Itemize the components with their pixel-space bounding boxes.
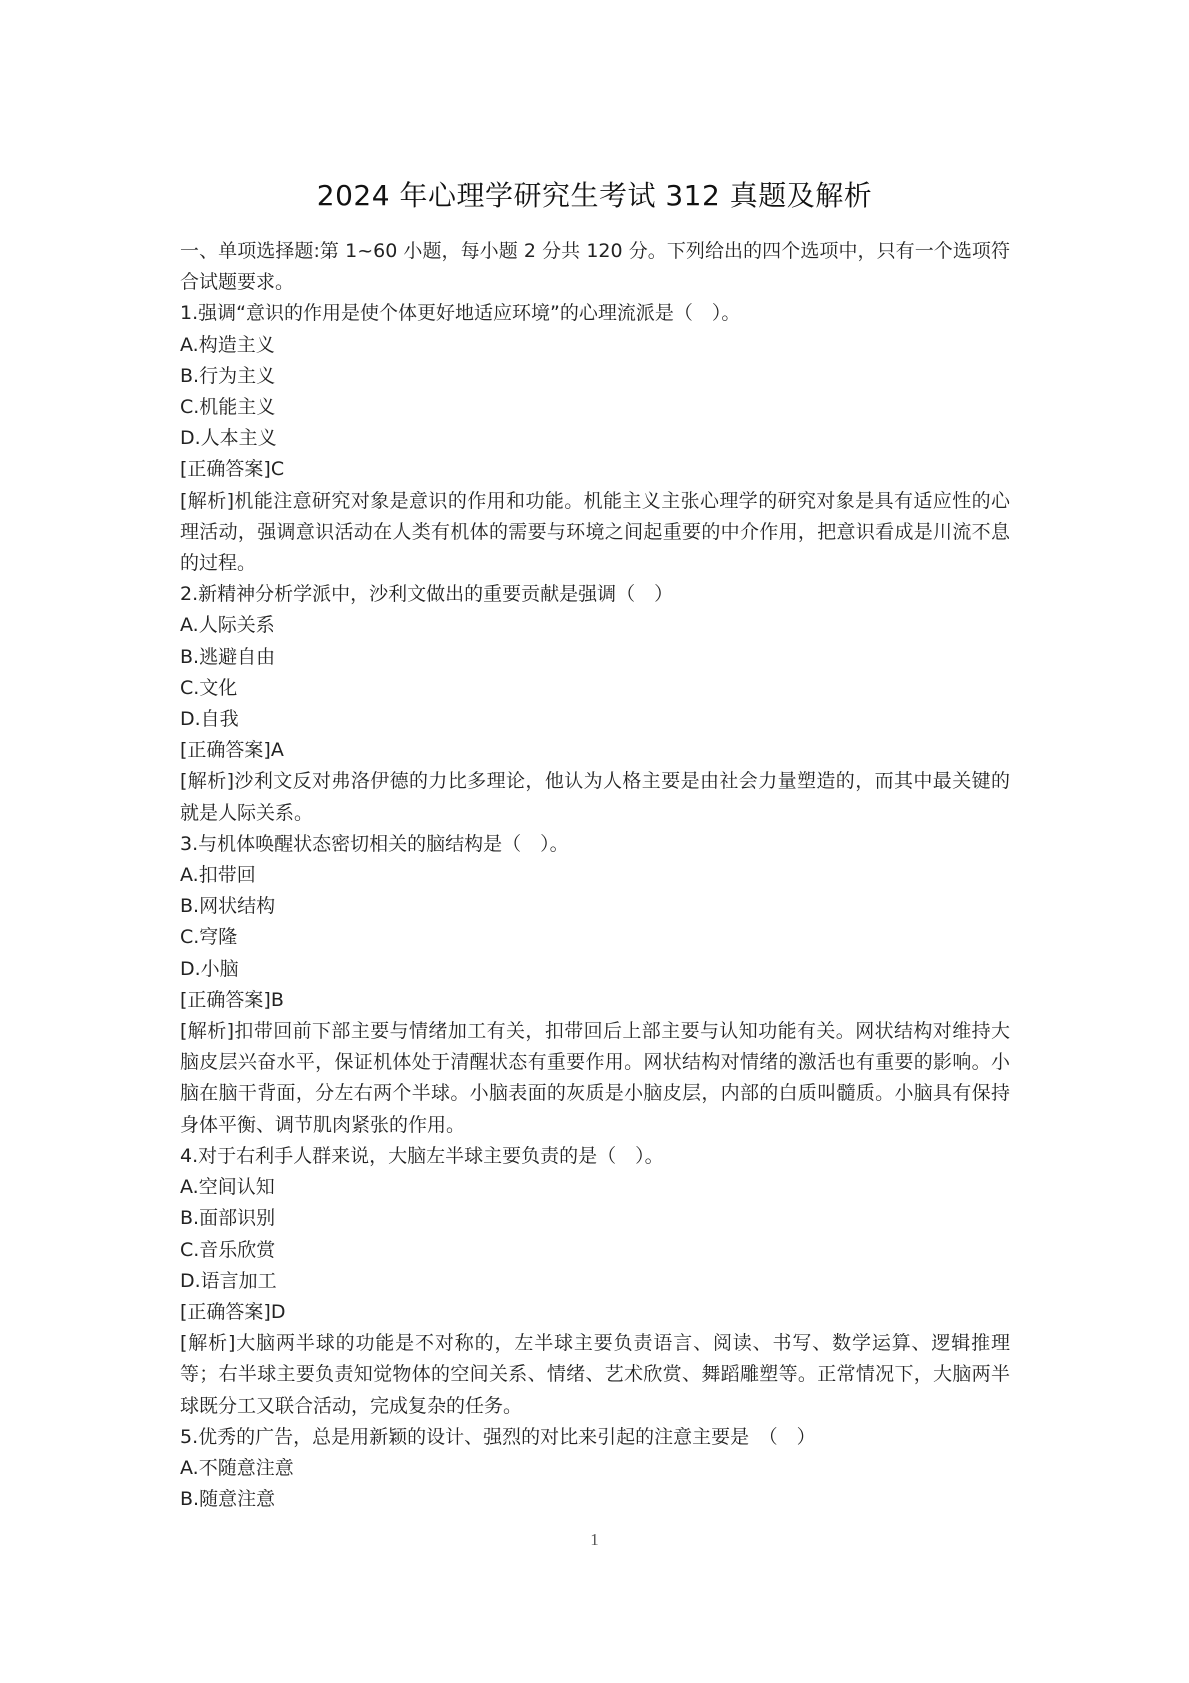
option-b: B.行为主义 xyxy=(180,361,1010,392)
correct-answer: [正确答案]B xyxy=(180,985,1010,1016)
question-stem: 5.优秀的广告，总是用新颖的设计、强烈的对比来引起的注意主要是 （ ） xyxy=(180,1422,1010,1453)
option-c: C.音乐欣赏 xyxy=(180,1235,1010,1266)
analysis: [解析]沙利文反对弗洛伊德的力比多理论，他认为人格主要是由社会力量塑造的，而其中… xyxy=(180,766,1010,828)
analysis: [解析]大脑两半球的功能是不对称的，左半球主要负责语言、阅读、书写、数学运算、逻… xyxy=(180,1328,1010,1422)
option-c: C.穹隆 xyxy=(180,922,1010,953)
option-a: A.空间认知 xyxy=(180,1172,1010,1203)
correct-answer: [正确答案]A xyxy=(180,735,1010,766)
question-block: 2.新精神分析学派中，沙利文做出的重要贡献是强调（ ） A.人际关系 B.逃避自… xyxy=(180,579,1010,829)
question-block: 3.与机体唤醒状态密切相关的脑结构是（ ）。 A.扣带回 B.网状结构 C.穹隆… xyxy=(180,829,1010,1141)
option-a: A.扣带回 xyxy=(180,860,1010,891)
document-page: 2024 年心理学研究生考试 312 真题及解析 一、单项选择题:第 1~60 … xyxy=(0,0,1189,1683)
option-b: B.随意注意 xyxy=(180,1484,1010,1515)
analysis: [解析]机能注意研究对象是意识的作用和功能。机能主义主张心理学的研究对象是具有适… xyxy=(180,486,1010,580)
option-a: A.不随意注意 xyxy=(180,1453,1010,1484)
option-d: D.小脑 xyxy=(180,954,1010,985)
question-stem: 3.与机体唤醒状态密切相关的脑结构是（ ）。 xyxy=(180,829,1010,860)
question-stem: 4.对于右利手人群来说，大脑左半球主要负责的是（ ）。 xyxy=(180,1141,1010,1172)
correct-answer: [正确答案]D xyxy=(180,1297,1010,1328)
question-block: 4.对于右利手人群来说，大脑左半球主要负责的是（ ）。 A.空间认知 B.面部识… xyxy=(180,1141,1010,1422)
option-d: D.人本主义 xyxy=(180,423,1010,454)
page-number: 1 xyxy=(0,1530,1189,1550)
option-a: A.人际关系 xyxy=(180,610,1010,641)
section-header: 一、单项选择题:第 1~60 小题，每小题 2 分共 120 分。下列给出的四个… xyxy=(180,236,1010,298)
question-stem: 1.强调“意识的作用是使个体更好地适应环境”的心理流派是（ ）。 xyxy=(180,298,1010,329)
analysis: [解析]扣带回前下部主要与情绪加工有关，扣带回后上部主要与认知功能有关。网状结构… xyxy=(180,1016,1010,1141)
option-b: B.面部识别 xyxy=(180,1203,1010,1234)
option-d: D.语言加工 xyxy=(180,1266,1010,1297)
document-title: 2024 年心理学研究生考试 312 真题及解析 xyxy=(0,176,1189,216)
question-block: 1.强调“意识的作用是使个体更好地适应环境”的心理流派是（ ）。 A.构造主义 … xyxy=(180,298,1010,579)
option-c: C.文化 xyxy=(180,673,1010,704)
option-b: B.网状结构 xyxy=(180,891,1010,922)
correct-answer: [正确答案]C xyxy=(180,454,1010,485)
question-block: 5.优秀的广告，总是用新颖的设计、强烈的对比来引起的注意主要是 （ ） A.不随… xyxy=(180,1422,1010,1516)
option-a: A.构造主义 xyxy=(180,330,1010,361)
option-c: C.机能主义 xyxy=(180,392,1010,423)
document-body: 一、单项选择题:第 1~60 小题，每小题 2 分共 120 分。下列给出的四个… xyxy=(180,236,1010,1515)
option-b: B.逃避自由 xyxy=(180,642,1010,673)
question-stem: 2.新精神分析学派中，沙利文做出的重要贡献是强调（ ） xyxy=(180,579,1010,610)
option-d: D.自我 xyxy=(180,704,1010,735)
